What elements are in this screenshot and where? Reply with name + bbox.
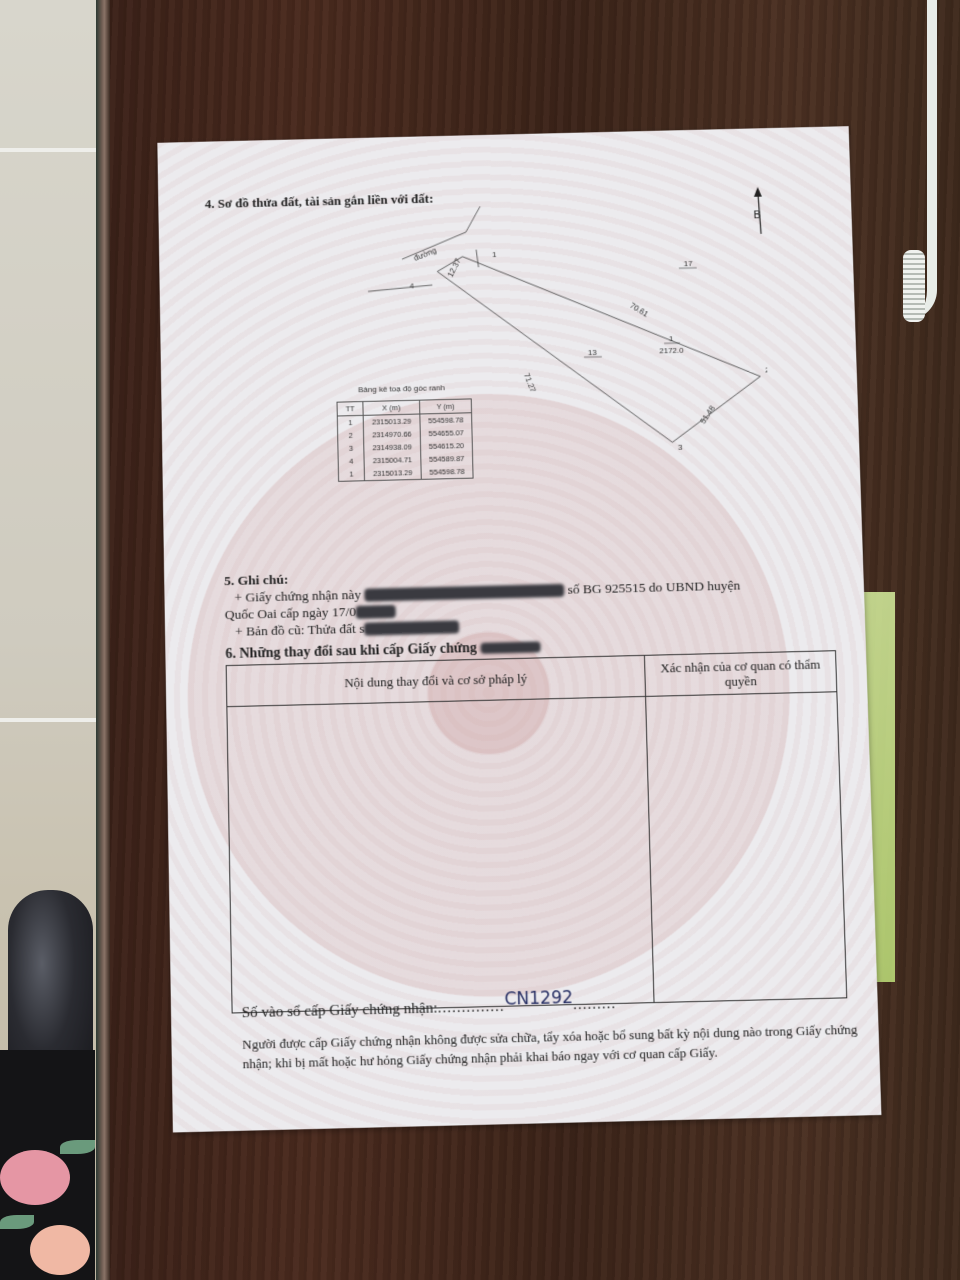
svg-text:2172.0: 2172.0 bbox=[659, 346, 684, 356]
svg-text:71.27: 71.27 bbox=[522, 372, 538, 394]
flower-pattern bbox=[30, 1225, 90, 1275]
coordinate-table: TT X (m) Y (m) 1 2315013.29 554598.78 2 … bbox=[336, 398, 473, 481]
col-header: X (m) bbox=[363, 400, 420, 415]
svg-text:13: 13 bbox=[588, 348, 598, 357]
svg-text:4: 4 bbox=[409, 281, 414, 290]
svg-text:3: 3 bbox=[678, 443, 683, 452]
leaf-pattern bbox=[0, 1215, 34, 1229]
svg-text:12.37: 12.37 bbox=[446, 256, 463, 278]
authority-confirmation-cell bbox=[646, 692, 847, 1003]
svg-text:17: 17 bbox=[684, 259, 694, 268]
registry-value: CN1292 bbox=[504, 988, 573, 1010]
svg-text:2: 2 bbox=[765, 365, 770, 374]
table-row: 1 2315013.29 554598.78 bbox=[338, 465, 473, 482]
tile-joint bbox=[0, 718, 100, 722]
svg-text:1: 1 bbox=[669, 334, 674, 343]
svg-text:đường: đường bbox=[412, 246, 437, 263]
col-header: TT bbox=[337, 402, 363, 416]
changes-content-cell bbox=[227, 696, 654, 1013]
redacted-text bbox=[364, 621, 459, 636]
col-header-authority: Xác nhận của cơ quan có thẩm quyền bbox=[644, 651, 836, 697]
tile-joint bbox=[0, 148, 100, 152]
section6-changes: 6. Những thay đổi sau khi cấp Giấy chứng… bbox=[225, 632, 847, 1013]
col-header: Y (m) bbox=[419, 399, 471, 414]
leaf-pattern bbox=[60, 1140, 95, 1154]
redacted-text bbox=[356, 605, 396, 619]
flower-pattern bbox=[0, 1150, 70, 1205]
svg-text:51.48: 51.48 bbox=[698, 404, 717, 426]
coiled-cable bbox=[903, 250, 925, 322]
section5-notes: 5. Ghi chú: + Giấy chứng nhận này số BG … bbox=[224, 558, 825, 640]
glass-edge bbox=[96, 0, 110, 1280]
redacted-text bbox=[480, 642, 540, 654]
changes-table: Nội dung thay đổi và cơ sở pháp lý Xác n… bbox=[226, 650, 848, 1013]
svg-text:1: 1 bbox=[492, 250, 497, 259]
svg-text:70.61: 70.61 bbox=[628, 301, 650, 319]
warning-text: Người được cấp Giấy chứng nhận không đượ… bbox=[242, 1019, 859, 1073]
certificate-page: 4. Sơ đồ thửa đất, tài sản gắn liền với … bbox=[157, 126, 881, 1132]
